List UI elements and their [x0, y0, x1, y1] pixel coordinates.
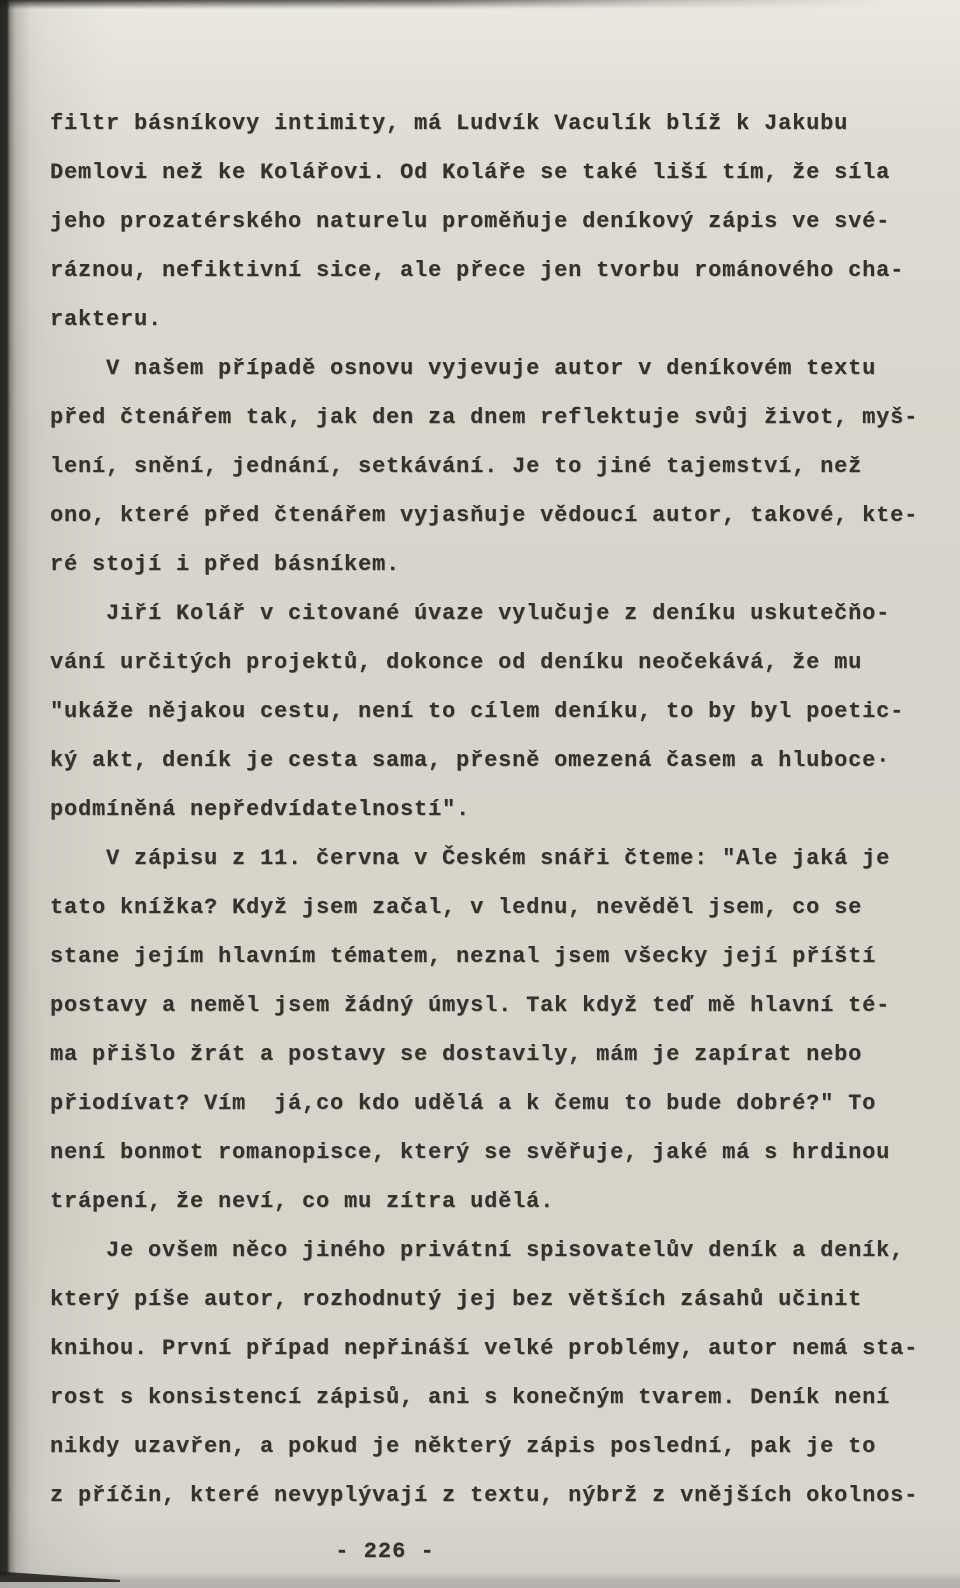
text-line: ré stojí i před básníkem. — [50, 540, 920, 589]
text-line: nikdy uzavřen, a pokud je některý zápis … — [50, 1422, 920, 1471]
text-line: V našem případě osnovu vyjevuje autor v … — [50, 344, 920, 393]
text-line: z příčin, které nevyplývají z textu, nýb… — [50, 1471, 920, 1520]
text-line: vání určitých projektů, dokonce od deník… — [50, 638, 920, 687]
text-line: ono, které před čtenářem vyjasňuje vědou… — [50, 491, 920, 540]
text-line: není bonmot romanopisce, který se svěřuj… — [50, 1128, 920, 1177]
text-line: před čtenářem tak, jak den za dnem refle… — [50, 393, 920, 442]
text-line: ký akt, deník je cesta sama, přesně omez… — [50, 736, 920, 785]
text-line: stane jejím hlavním tématem, neznal jsem… — [50, 932, 920, 981]
text-line: "ukáže nějakou cestu, není to cílem dení… — [50, 687, 920, 736]
text-line: ma přišlo žrát a postavy se dostavily, m… — [50, 1030, 920, 1079]
text-line: jeho prozatérského naturelu proměňuje de… — [50, 197, 920, 246]
scanned-typewritten-page: filtr básníkovy intimity, má Ludvík Vacu… — [0, 0, 960, 1588]
scan-edge-bottom — [0, 1572, 960, 1588]
scan-edge-top — [0, 0, 960, 10]
text-line: trápení, že neví, co mu zítra udělá. — [50, 1177, 920, 1226]
typewritten-text-body: filtr básníkovy intimity, má Ludvík Vacu… — [50, 99, 920, 1520]
text-line: rost s konsistencí zápisů, ani s konečný… — [50, 1373, 920, 1422]
scan-edge-left — [0, 0, 30, 1576]
text-line: ráznou, nefiktivní sice, ale přece jen t… — [50, 246, 920, 295]
text-line: přiodívat? Vím já,co kdo udělá a k čemu … — [50, 1079, 920, 1128]
text-line: knihou. První případ nepřináší velké pro… — [50, 1324, 920, 1373]
text-line: Je ovšem něco jiného privátní spisovatel… — [50, 1226, 920, 1275]
text-line: rakteru. — [50, 295, 920, 344]
text-line: postavy a neměl jsem žádný úmysl. Tak kd… — [50, 981, 920, 1030]
text-line: tato knížka? Když jsem začal, v lednu, n… — [50, 883, 920, 932]
text-line: který píše autor, rozhodnutý jej bez vět… — [50, 1275, 920, 1324]
text-line: filtr básníkovy intimity, má Ludvík Vacu… — [50, 99, 920, 148]
page-number: - 226 - — [0, 1537, 770, 1567]
text-line: Demlovi než ke Kolářovi. Od Koláře se ta… — [50, 148, 920, 197]
text-line: podmíněná nepředvídatelností". — [50, 785, 920, 834]
text-line: lení, snění, jednání, setkávání. Je to j… — [50, 442, 920, 491]
text-line: Jiří Kolář v citované úvaze vylučuje z d… — [50, 589, 920, 638]
text-line: V zápisu z 11. června v Českém snáři čte… — [50, 834, 920, 883]
